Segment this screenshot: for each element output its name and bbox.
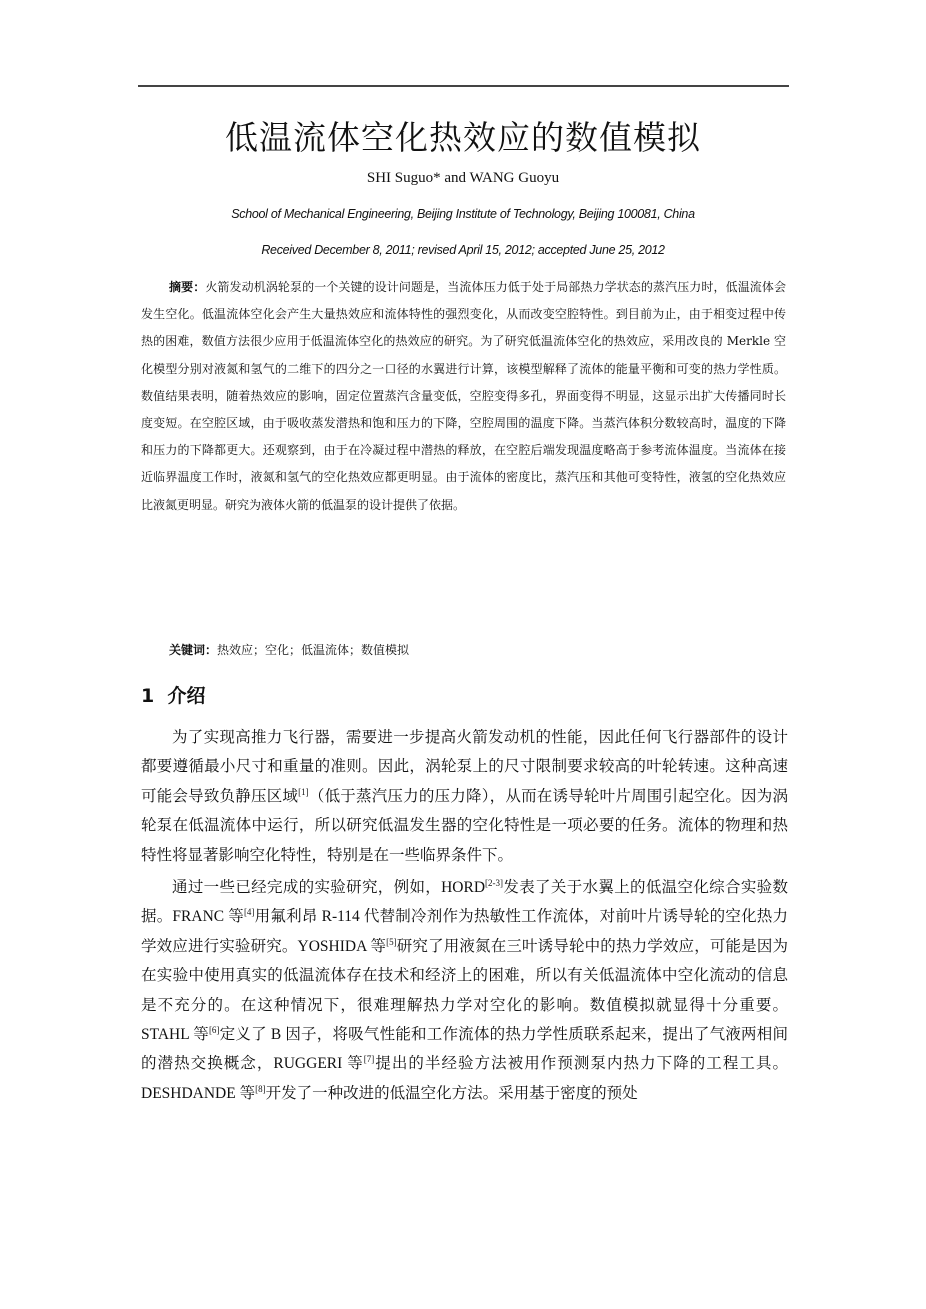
paper-received-dates: Received December 8, 2011; revised April… bbox=[0, 243, 926, 257]
abstract: 摘要：火箭发动机涡轮泵的一个关键的设计问题是，当流体压力低于处于局部热力学状态的… bbox=[141, 274, 786, 519]
body-text: 为了实现高推力飞行器，需要进一步提高火箭发动机的性能，因此任何飞行器部件的设计都… bbox=[141, 723, 788, 1111]
paper-title: 低温流体空化热效应的数值模拟 bbox=[0, 112, 926, 159]
citation-ref: [1] bbox=[298, 787, 309, 797]
header-rule bbox=[138, 85, 789, 87]
citation-ref: [4] bbox=[244, 907, 255, 917]
abstract-text: 火箭发动机涡轮泵的一个关键的设计问题是，当流体压力低于处于局部热力学状态的蒸汽压… bbox=[141, 280, 786, 512]
section-title: 介绍 bbox=[167, 685, 205, 707]
keywords-label: 关键词： bbox=[169, 643, 217, 657]
keywords: 关键词：热效应；空化；低温流体；数值模拟 bbox=[169, 641, 409, 658]
citation-ref: [5] bbox=[386, 937, 397, 947]
citation-ref: [7] bbox=[364, 1054, 375, 1064]
keywords-text: 热效应；空化；低温流体；数值模拟 bbox=[217, 643, 409, 657]
paragraph: 为了实现高推力飞行器，需要进一步提高火箭发动机的性能，因此任何飞行器部件的设计都… bbox=[141, 723, 788, 870]
citation-ref: [2-3] bbox=[485, 878, 503, 888]
abstract-label: 摘要： bbox=[169, 280, 205, 294]
paper-authors: SHI Suguo* and WANG Guoyu bbox=[0, 170, 926, 187]
paragraph: 通过一些已经完成的实验研究，例如，HORD[2-3]发表了关于水翼上的低温空化综… bbox=[141, 873, 788, 1108]
section-heading: 1 介绍 bbox=[141, 681, 205, 708]
citation-ref: [8] bbox=[255, 1084, 266, 1094]
citation-ref: [6] bbox=[209, 1025, 220, 1035]
paper-affiliation: School of Mechanical Engineering, Beijin… bbox=[0, 207, 926, 221]
section-number: 1 bbox=[141, 685, 154, 707]
